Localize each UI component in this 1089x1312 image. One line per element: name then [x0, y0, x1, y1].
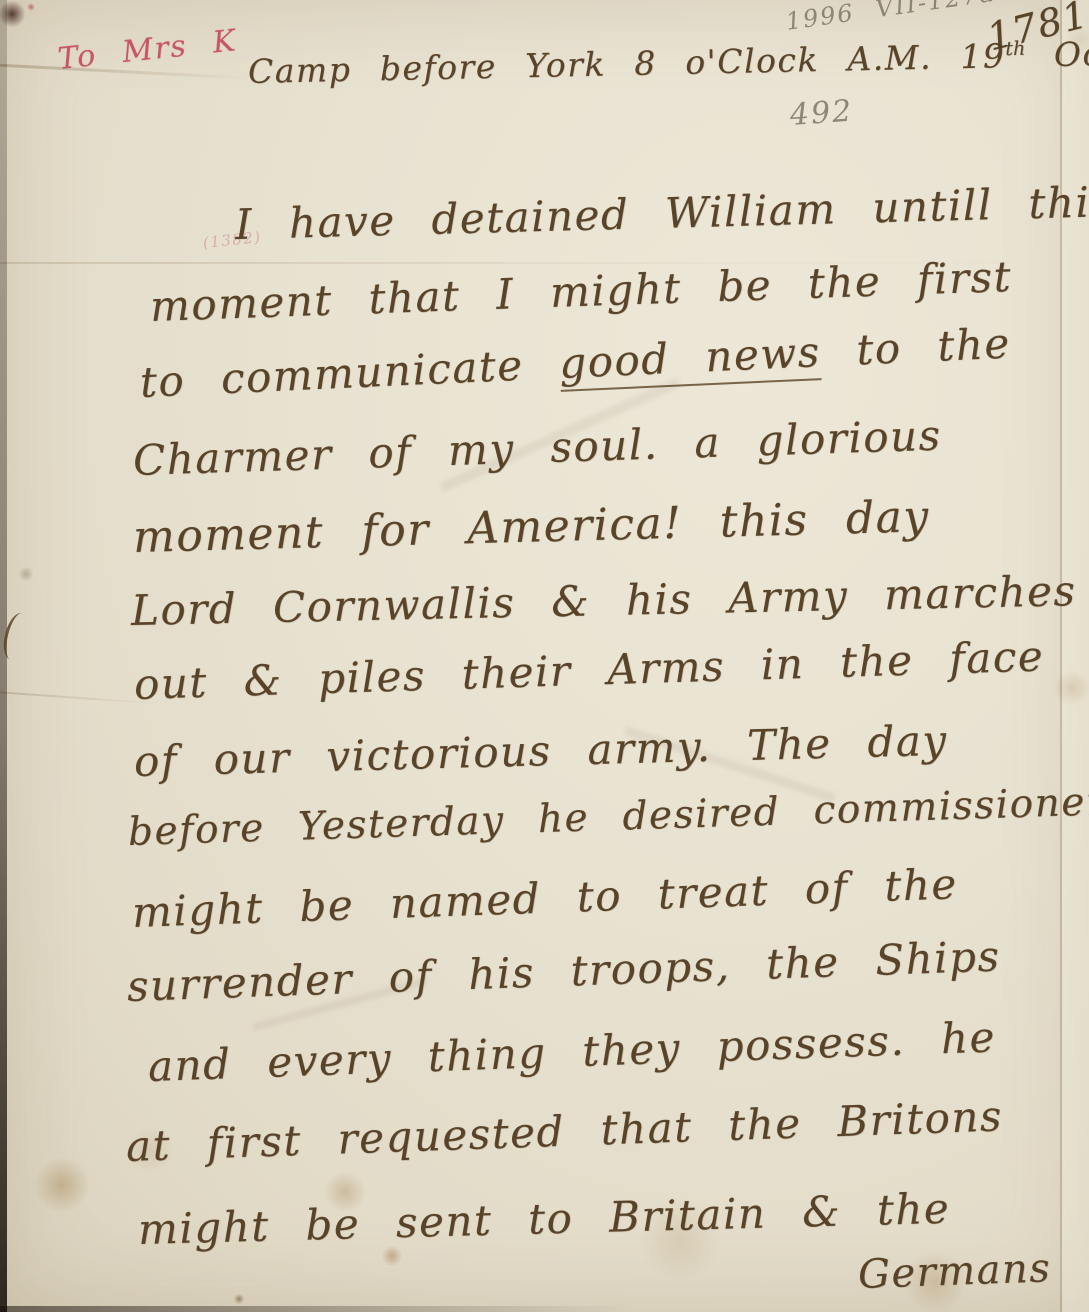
body-line-3: to communicate good news to the [139, 318, 1012, 406]
body-line-7: out & piles their Arms in the face [133, 631, 1045, 709]
body-line-2: moment that I might be the first [149, 252, 1013, 331]
body-line-14: might be sent to Britain & the [137, 1184, 950, 1254]
paper-edge-bottom [0, 1306, 632, 1312]
red-pencil-mark: To Mrs K [56, 23, 238, 77]
body-line-1: I have detained William untill this [234, 177, 1089, 249]
body-line-9: before Yesterday he desired commissioner… [127, 779, 1089, 855]
catalog-post: -127a [916, 0, 997, 17]
catchword: Germans [857, 1245, 1052, 1298]
body-line-13: at first requested that the Britons [125, 1091, 1004, 1171]
body-line-8: of our victorious army. The day [133, 716, 948, 786]
page-number-pencil: 492 [789, 94, 855, 133]
catalog-pre: 1996 [784, 0, 878, 36]
line3-pre: to communicate [139, 339, 560, 407]
body-line-10: might be named to treat of the [131, 859, 958, 937]
line3-post: to the [819, 318, 1011, 376]
body-line-4: Charmer of my soul. a glorious [132, 411, 942, 485]
dateline: Camp before York 8 o'Clock A.M. 19th Oct… [248, 32, 1089, 91]
catalog-roman-numeral: VII [874, 0, 920, 23]
dateline-pre: Camp before York 8 o'Clock A.M. 19 [248, 36, 1006, 91]
body-line-5: moment for America! this day [132, 491, 930, 563]
good-news-underlined: good news [558, 327, 822, 392]
body-line-11: surrender of his troops, the Ships [126, 932, 1001, 1011]
dateline-superscript: th [1005, 37, 1025, 60]
letter-page: 1996 VII-127a 1781 492 To Mrs K (1382) C… [0, 0, 1089, 1312]
dateline-post: October [1025, 32, 1089, 75]
body-line-6: Lord Cornwallis & his Army marches [130, 566, 1076, 635]
body-line-12: and every thing they possess. he [147, 1012, 996, 1091]
catalog-number-pencil: 1996 VII-127a [784, 0, 997, 36]
